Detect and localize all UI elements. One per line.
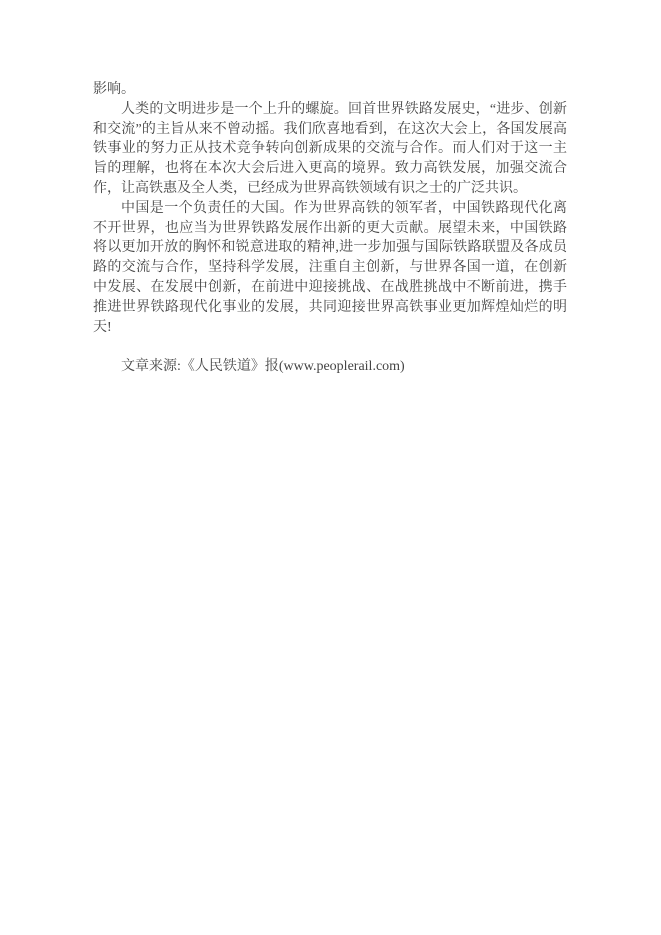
source-attribution: 文章来源:《人民铁道》报(www.peoplerail.com) <box>93 357 567 377</box>
paragraph-china-responsibility: 中国是一个负责任的大国。作为世界高铁的领军者，中国铁路现代化离不开世界，也应当为… <box>93 199 567 338</box>
paragraph-civilization-progress: 人类的文明进步是一个上升的螺旋。回首世界铁路发展史，“进步、创新和交流”的主旨从… <box>93 100 567 199</box>
document-page: 影响。 人类的文明进步是一个上升的螺旋。回首世界铁路发展史，“进步、创新和交流”… <box>0 0 661 935</box>
paragraph-tail: 影响。 <box>93 80 567 100</box>
